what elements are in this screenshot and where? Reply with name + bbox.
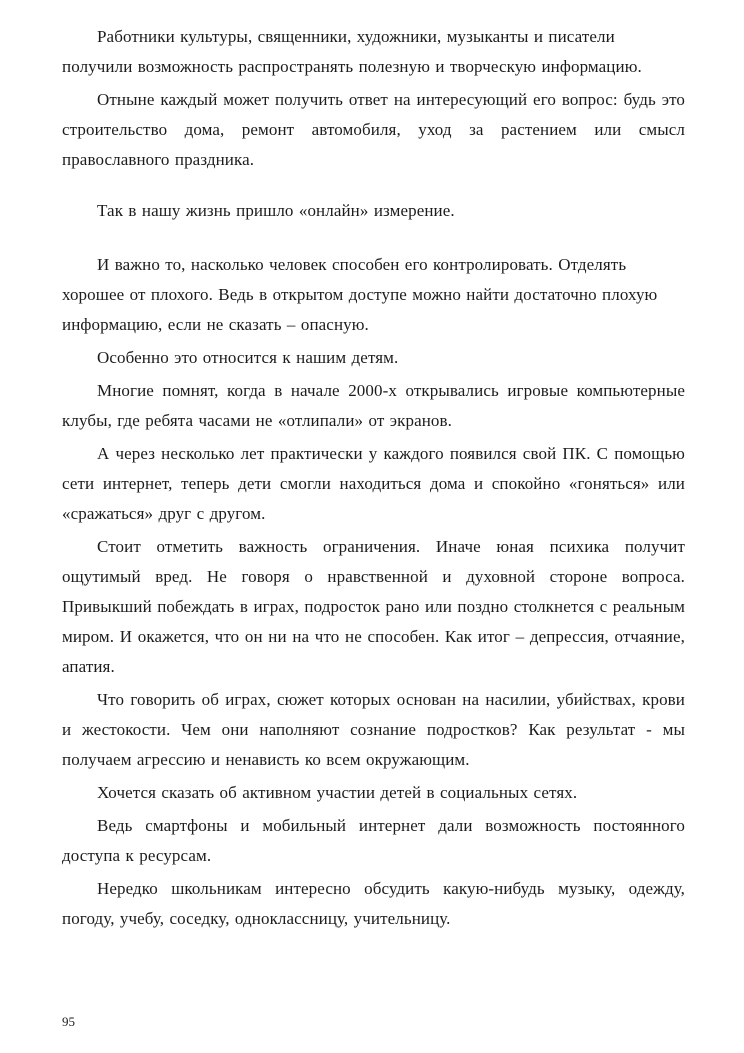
paragraph-online-dimension: Так в нашу жизнь пришло «онлайн» измерен… [62,196,685,226]
paragraph-control-importance: И важно то, насколько человек способен е… [62,250,685,340]
paragraph-personal-pc: А через несколько лет практически у кажд… [62,439,685,529]
document-page: Работники культуры, священники, художник… [0,0,744,1053]
paragraph-about-children: Особенно это относится к нашим детям. [62,343,685,373]
paragraph-culture-workers: Работники культуры, священники, художник… [62,22,685,82]
paragraph-social-networks: Хочется сказать об активном участии дете… [62,778,685,808]
page-number: 95 [62,1014,75,1030]
paragraph-answers-online: Отныне каждый может получить ответ на ин… [62,85,685,175]
paragraph-smartphones: Ведь смартфоны и мобильный интернет дали… [62,811,685,871]
paragraph-limits-psyche: Стоит отметить важность ограничения. Ина… [62,532,685,682]
document-body: Работники культуры, священники, художник… [62,22,685,937]
paragraph-school-topics: Нередко школьникам интересно обсудить ка… [62,874,685,934]
paragraph-gaming-clubs: Многие помнят, когда в начале 2000-х отк… [62,376,685,436]
paragraph-violent-games: Что говорить об играх, сюжет которых осн… [62,685,685,775]
